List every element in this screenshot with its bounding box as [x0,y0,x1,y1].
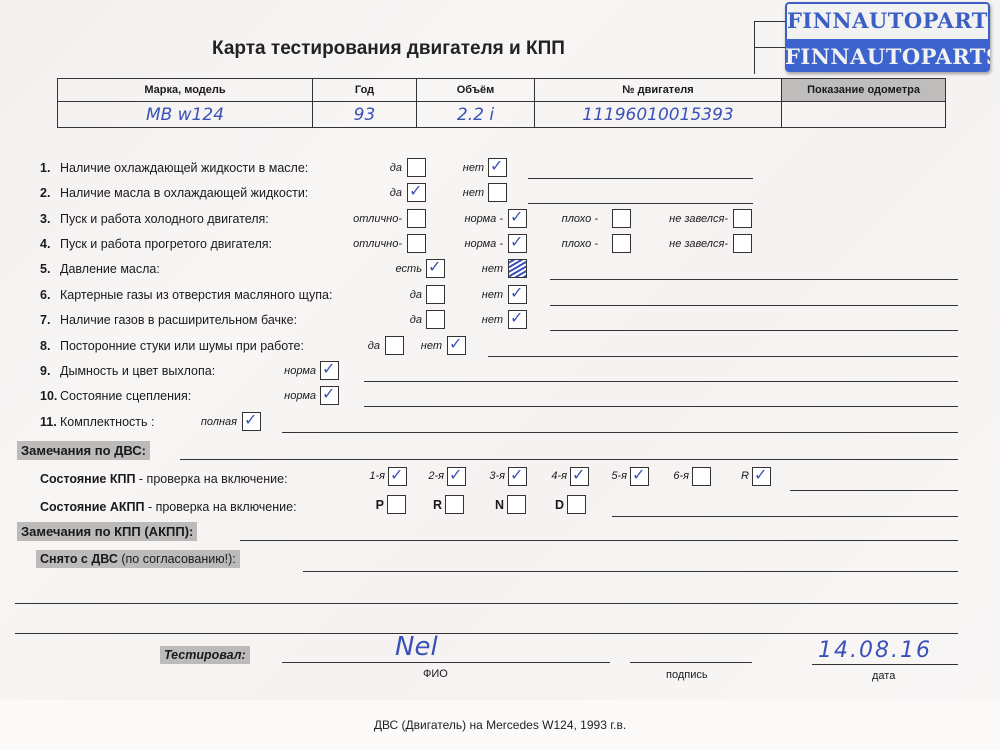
question-6-option-label: да [342,289,422,301]
question-4-option-label: норма - [423,238,503,250]
manual-gear-label: 4-я [527,470,567,482]
question-5-checkbox[interactable] [508,259,527,278]
question-8-label: 8.Посторонние стуки или шумы при работе: [40,339,304,353]
check-mark-icon: ✓ [490,156,503,176]
date-line[interactable] [812,664,958,665]
value-odometer [782,102,946,128]
col-header-engine-number: № двигателя [535,79,782,102]
image-caption: ДВС (Двигатель) на Mercedes W124, 1993 г… [0,718,1000,732]
question-text: Картерные газы из отверстия масляного щу… [60,288,332,302]
remarks-engine-line[interactable] [180,459,958,460]
removed-line-2[interactable] [15,603,958,604]
question-text: Наличие охлаждающей жидкости в масле: [60,161,308,175]
check-mark-icon: ✓ [510,465,523,485]
col-header-volume: Объём [417,79,535,102]
question-number: 2. [40,186,60,200]
col-header-year: Год [313,79,417,102]
manual-gear-label: 5-я [587,470,627,482]
check-mark-icon: ✓ [510,283,523,303]
question-number: 7. [40,313,60,327]
question-text: Пуск и работа холодного двигателя: [60,212,269,226]
question-7-checkbox[interactable]: ✓ [508,310,527,329]
manual-gear-checkbox[interactable]: ✓ [447,467,466,486]
tested-by-name: Nel [395,632,438,662]
value-year: 93 [313,102,417,128]
col-header-make-model: Марка, модель [58,79,313,102]
question-2-option-label: нет [404,187,484,199]
finnautoparts-logo: FINNAUTOPARTS FINNAUTOPARTS [785,2,990,72]
auto-gearbox-label-rest: - проверка на включение: [144,500,296,514]
removed-label-rest: (по согласованию!): [118,552,236,566]
name-line[interactable] [282,662,610,663]
auto-gear-checkbox[interactable] [445,495,464,514]
question-10-option-label: норма [236,390,316,402]
question-5-notes-line[interactable] [550,279,958,280]
question-3-label: 3.Пуск и работа холодного двигателя: [40,212,269,226]
question-text: Комплектность : [60,415,154,429]
question-10-checkbox[interactable]: ✓ [320,386,339,405]
auto-gear-label: N [464,498,504,512]
question-10-label: 10.Состояние сцепления: [40,389,191,403]
auto-gearbox-notes-line[interactable] [612,516,958,517]
question-10-notes-line[interactable] [364,406,958,407]
question-3-checkbox[interactable] [733,209,752,228]
question-number: 8. [40,339,60,353]
auto-gear-checkbox[interactable] [567,495,586,514]
question-4-option-label: плохо - [518,238,598,250]
question-text: Наличие газов в расширительном бачке: [60,313,297,327]
auto-gearbox-label: Состояние АКПП - проверка на включение: [40,498,297,516]
check-mark-icon: ✓ [632,465,645,485]
manual-gearbox-label: Состояние КПП - проверка на включение: [40,470,288,488]
question-text: Дымность и цвет выхлопа: [60,364,215,378]
question-text: Наличие масла в охлаждающей жидкости: [60,186,308,200]
question-6-notes-line[interactable] [550,305,958,306]
manual-gear-label: 3-я [465,470,505,482]
value-volume: 2.2 i [417,102,535,128]
question-8-notes-line[interactable] [488,356,958,357]
question-3-option-label: не завелся- [648,213,728,225]
value-make-model: MB w124 [58,102,313,128]
removed-label-bold: Снято с ДВС [40,552,118,566]
question-4-checkbox[interactable] [612,234,631,253]
manual-gear-label: 2-я [404,470,444,482]
check-mark-icon: ✓ [390,465,403,485]
removed-line-1[interactable] [303,571,958,572]
manual-gearbox-label-rest: - проверка на включение: [135,472,287,486]
value-engine-number: 11196010015393 [535,102,782,128]
check-mark-icon: ✓ [244,410,257,430]
manual-gearbox-label-bold: Состояние КПП [40,472,135,486]
logo-text-top: FINNAUTOPARTS [785,2,990,39]
question-9-label: 9.Дымность и цвет выхлопа: [40,364,215,378]
auto-gear-label: P [344,498,384,512]
signature-line[interactable] [630,662,752,663]
question-7-label: 7.Наличие газов в расширительном бачке: [40,313,297,327]
question-6-checkbox[interactable]: ✓ [508,285,527,304]
question-number: 10. [40,389,60,403]
manual-gearbox-notes-line[interactable] [790,490,958,491]
remarks-engine-label: Замечания по ДВС: [17,441,150,460]
question-8-checkbox[interactable]: ✓ [447,336,466,355]
question-3-option-label: норма - [423,213,503,225]
check-mark-icon: ✓ [322,359,335,379]
question-5-label: 5.Давление масла: [40,262,160,276]
auto-gear-label: R [402,498,442,512]
auto-gearbox-label-bold: Состояние АКПП [40,500,144,514]
check-mark-icon: ✓ [449,334,462,354]
vehicle-info-table: Марка, модель Год Объём № двигателя Пока… [57,78,946,128]
question-4-option-label: не завелся- [648,238,728,250]
question-3-option-label: отлично- [322,213,402,225]
question-1-option-label: нет [404,162,484,174]
question-2-label: 2.Наличие масла в охлаждающей жидкости: [40,186,308,200]
check-mark-icon: ✓ [572,465,585,485]
manual-gear-checkbox[interactable]: ✓ [630,467,649,486]
question-text: Посторонние стуки или шумы при работе: [60,339,304,353]
question-text: Состояние сцепления: [60,389,191,403]
document-title: Карта тестирования двигателя и КПП [212,38,565,60]
question-6-label: 6.Картерные газы из отверстия масляного … [40,288,332,302]
question-number: 4. [40,237,60,251]
manual-gear-label: R [709,470,749,482]
question-text: Пуск и работа прогретого двигателя: [60,237,272,251]
removed-line-3[interactable] [15,633,958,634]
question-3-checkbox[interactable] [612,209,631,228]
question-8-option-label: нет [362,340,442,352]
question-2-notes-line[interactable] [528,203,753,204]
manual-gear-checkbox[interactable]: ✓ [752,467,771,486]
date-value: 14.08.16 [818,638,932,663]
date-caption: дата [872,670,895,682]
question-1-checkbox[interactable]: ✓ [488,158,507,177]
check-mark-icon: ✓ [510,308,523,328]
question-number: 3. [40,212,60,226]
question-number: 9. [40,364,60,378]
question-1-label: 1.Наличие охлаждающей жидкости в масле: [40,161,308,175]
remarks-gearbox-line[interactable] [240,540,958,541]
question-9-notes-line[interactable] [364,381,958,382]
question-11-option-label: полная [157,416,237,428]
manual-gear-checkbox[interactable]: ✓ [508,467,527,486]
check-mark-icon: ✓ [322,384,335,404]
name-caption: ФИО [423,668,448,680]
check-mark-icon: ✓ [449,465,462,485]
removed-from-engine-label: Снято с ДВС (по согласованию!): [36,550,240,568]
tested-by-label: Тестировал: [160,646,250,664]
auto-gear-label: D [524,498,564,512]
question-2-checkbox[interactable] [488,183,507,202]
check-mark-icon: ✓ [754,465,767,485]
question-4-label: 4.Пуск и работа прогретого двигателя: [40,237,272,251]
question-3-option-label: плохо - [518,213,598,225]
question-4-checkbox[interactable] [733,234,752,253]
question-number: 5. [40,262,60,276]
question-11-label: 11.Комплектность : [40,415,154,429]
manual-gear-label: 6-я [649,470,689,482]
question-text: Давление масла: [60,262,160,276]
question-number: 1. [40,161,60,175]
manual-gear-label: 1-я [345,470,385,482]
question-11-notes-line[interactable] [282,432,958,433]
question-6-option-label: нет [423,289,503,301]
question-5-option-label: нет [423,263,503,275]
remarks-gearbox-label: Замечания по КПП (АКПП): [17,522,197,541]
test-card-sheet: Карта тестирования двигателя и КПП Марка… [0,0,1000,700]
col-header-odometer: Показание одометра [782,79,946,102]
question-7-option-label: да [342,314,422,326]
question-9-checkbox[interactable]: ✓ [320,361,339,380]
question-7-option-label: нет [423,314,503,326]
question-number: 11. [40,415,60,429]
question-1-notes-line[interactable] [528,178,753,179]
signature-caption: подпись [666,669,708,681]
question-7-notes-line[interactable] [550,330,958,331]
question-1-option-label: да [322,162,402,174]
question-number: 6. [40,288,60,302]
question-9-option-label: норма [236,365,316,377]
question-5-option-label: есть [342,263,422,275]
question-2-option-label: да [322,187,402,199]
logo-text-bottom: FINNAUTOPARTS [785,39,990,72]
question-4-option-label: отлично- [322,238,402,250]
question-11-checkbox[interactable]: ✓ [242,412,261,431]
